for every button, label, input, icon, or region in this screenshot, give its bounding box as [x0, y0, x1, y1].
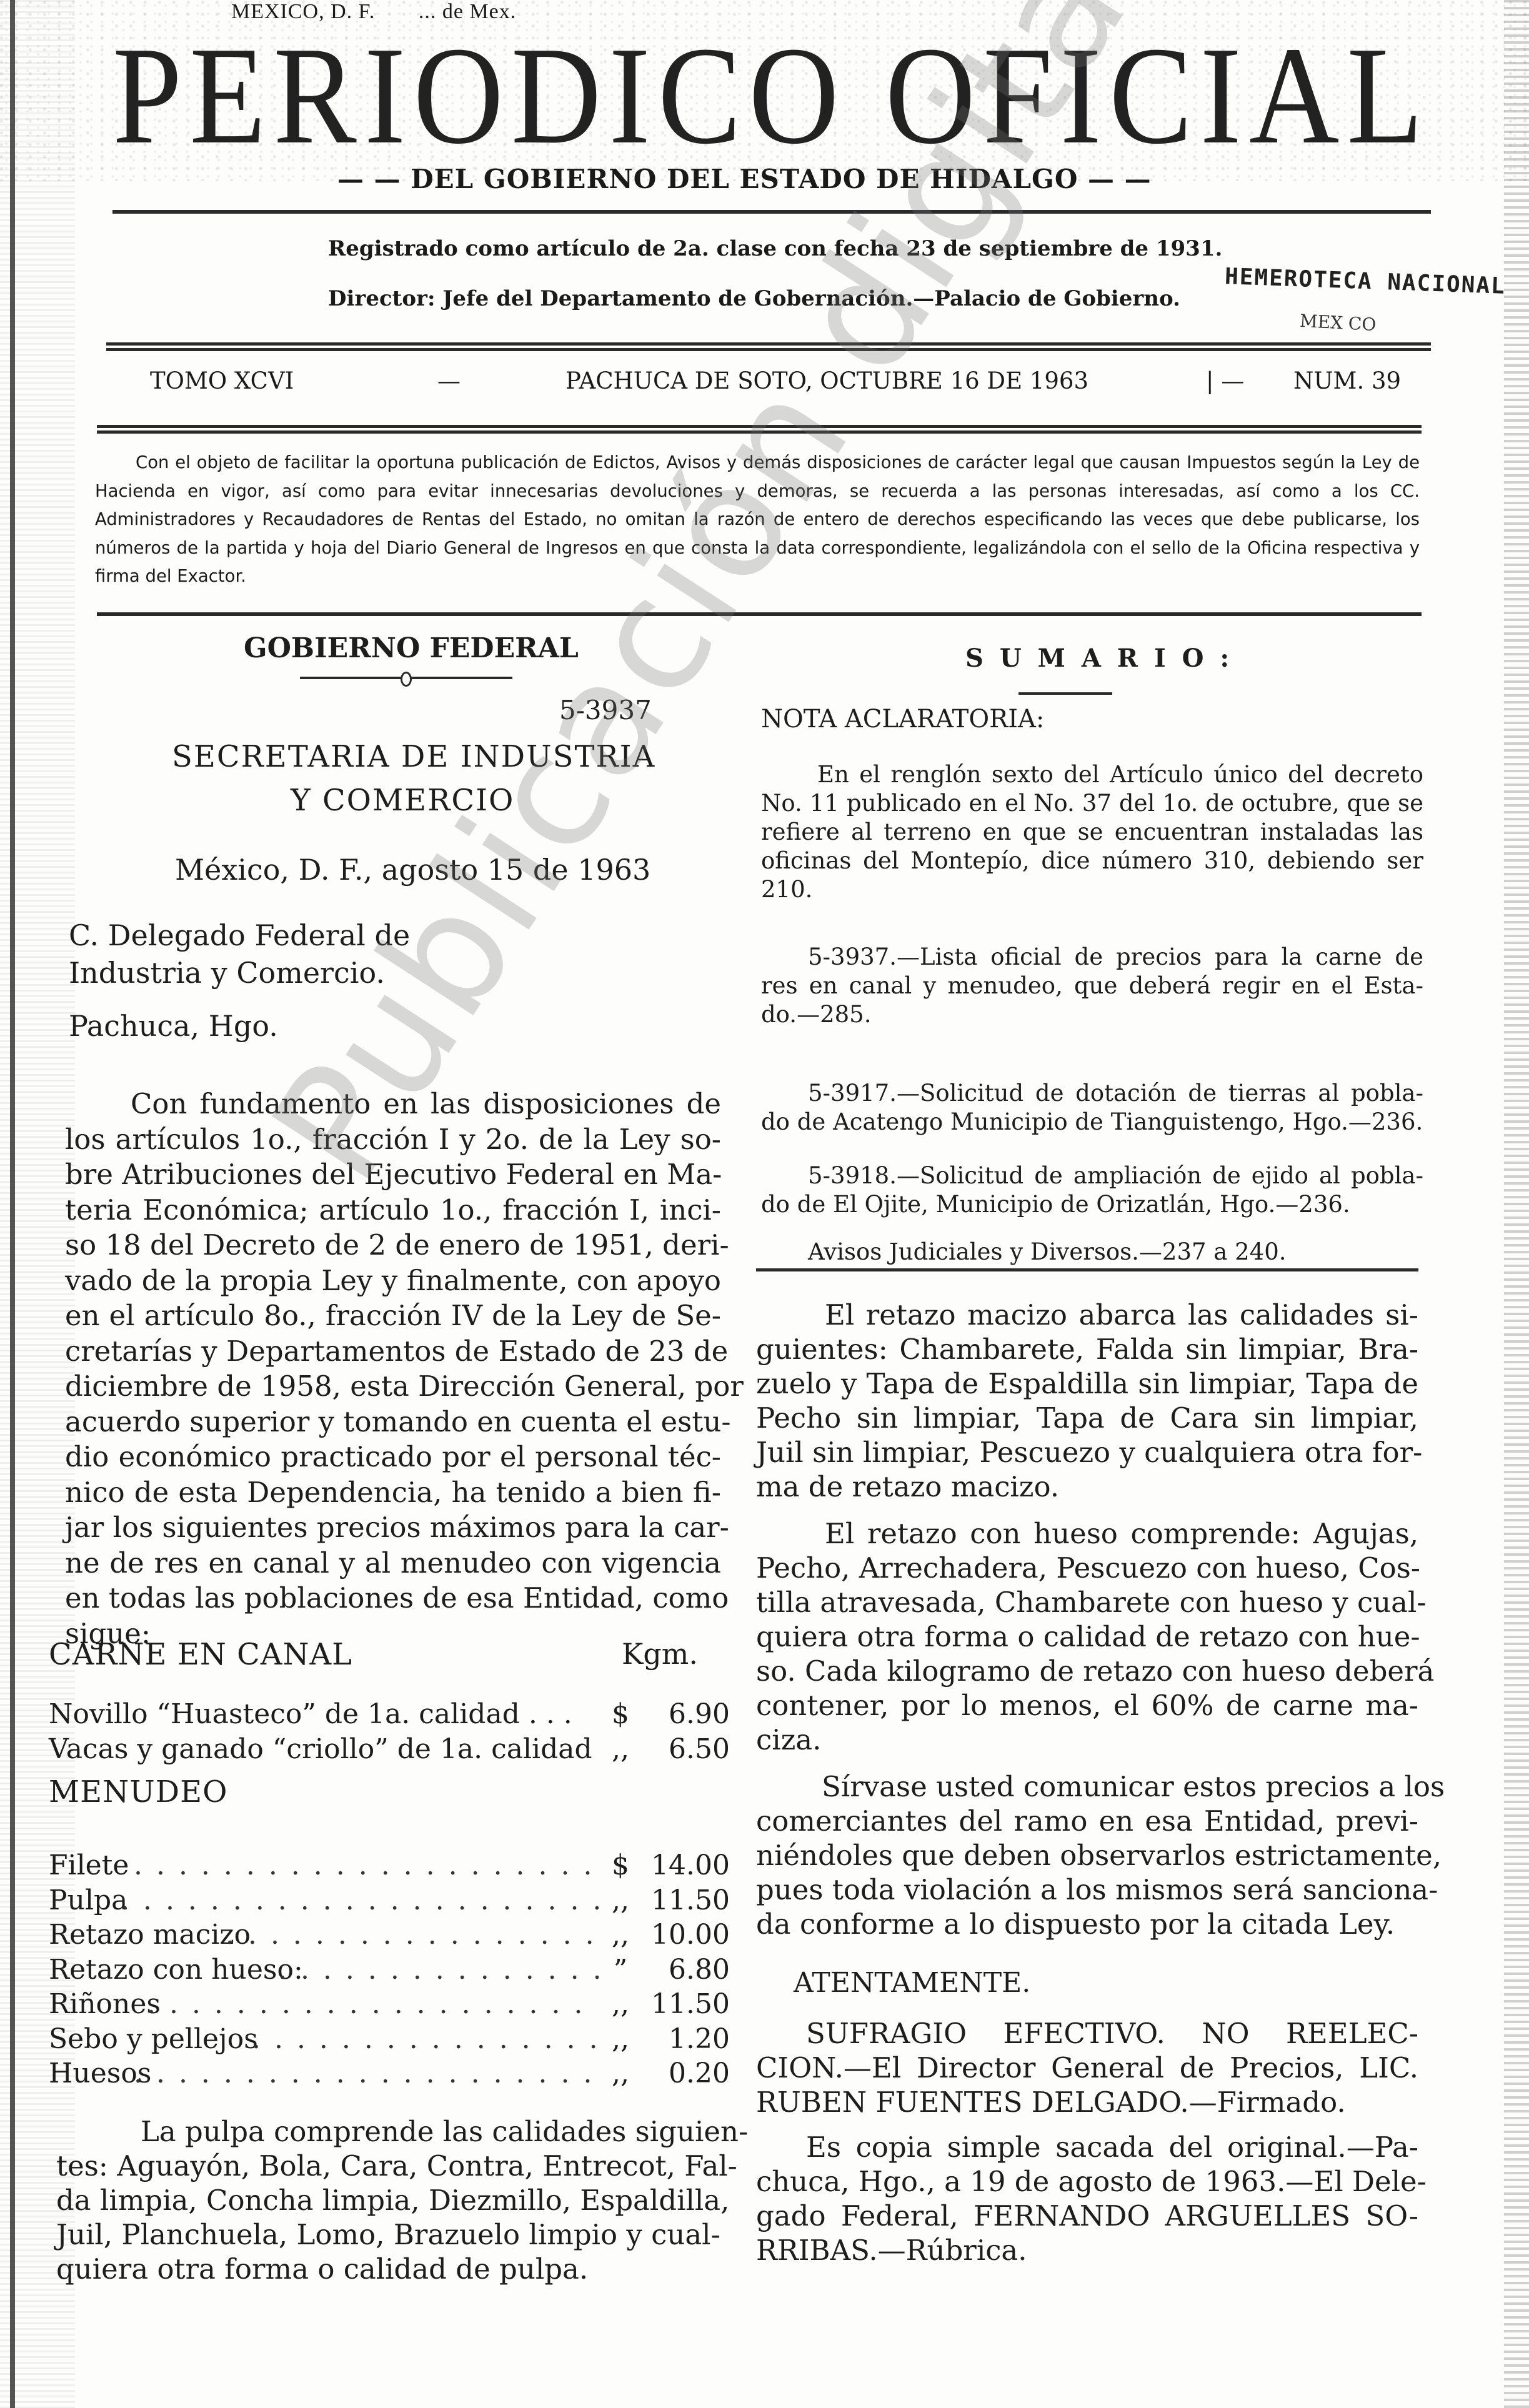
macizo-line: zuelo y Tapa de Espaldilla sin limpiar, … [756, 1367, 1418, 1400]
price-currency: $ [605, 1849, 636, 1881]
copy-line: RRIBAS.—Rúbrica. [756, 2234, 1027, 2267]
price-value: 11.50 [651, 1988, 730, 2020]
binding-rule [10, 0, 15, 2408]
macizo-line: El retazo macizo abarca las calidades si… [825, 1298, 1418, 1331]
hueso-line: Pecho, Arrechadera, Pescuezo con hueso, … [756, 1551, 1418, 1585]
summary-line: do de Acatengo Municipio de Tianguisteng… [761, 1108, 1423, 1135]
price-value: 0.20 [669, 2057, 730, 2089]
letter-body-line: acuerdo superior y tomando en cuenta el … [65, 1405, 721, 1438]
masthead-rule [112, 210, 1431, 214]
price-value: 6.80 [669, 1954, 730, 1986]
nota-line: En el renglón sexto del Artículo único d… [817, 761, 1423, 788]
price-currency: ,, [605, 1988, 636, 2020]
addressee-line-2: Industria y Comercio. [69, 956, 385, 990]
hueso-line: contener, por lo menos, el 60% de carne … [756, 1689, 1418, 1722]
price-row: Riñones. . . . . . . . . . . . . . . . .… [49, 1988, 730, 2023]
summary-line: 5-3937.—Lista oficial de precios para la… [808, 943, 1423, 970]
letter-body-line: Con fundamento en las disposiciones de [131, 1087, 721, 1120]
price-value: 11.50 [651, 1884, 730, 1916]
nota-line: No. 11 publicado en el No. 37 del 1o. de… [761, 790, 1423, 817]
price-currency: ,, [605, 1884, 636, 1916]
letter-body-line: so 18 del Decreto de 2 de enero de 1951,… [65, 1228, 721, 1261]
summary-line: do.—285. [761, 1001, 871, 1028]
summary-line: 5-3917.—Solicitud de dotación de tierras… [808, 1080, 1423, 1107]
instruction-line: da conforme a lo dispuesto por la citada… [756, 1908, 1395, 1941]
macizo-line: Pecho sin limpiar, Tapa de Cara sin limp… [756, 1401, 1418, 1435]
price-item-name: Retazo macizo [49, 1919, 251, 1951]
leader-dots: . . . . . . . . . . . . . . . . . . . . … [121, 1884, 599, 1916]
instruction-line: comerciantes del ramo en esa Entidad, pr… [756, 1804, 1418, 1838]
issue-number: NUM. 39 [1293, 367, 1401, 394]
letter-body-line: cretarías y Departamentos de Estado de 2… [65, 1335, 721, 1368]
nota-line: oficinas del Montepío, dice número 310, … [761, 847, 1423, 874]
letter-body-line: los artículos 1o., fracción I y 2o. de l… [65, 1123, 721, 1156]
place-date: PACHUCA DE SOTO, OCTUBRE 16 DE 1963 [565, 367, 1088, 394]
price-row: Pulpa. . . . . . . . . . . . . . . . . .… [49, 1884, 730, 1919]
pulpa-line: da limpia, Concha limpia, Diezmillo, Esp… [56, 2184, 719, 2217]
price-row: Huesos. . . . . . . . . . . . . . . . . … [49, 2057, 730, 2092]
archive-stamp: HEMEROTECA NACIONAL [1224, 264, 1506, 299]
nota-line: refiere al terreno en que se encuentran … [761, 818, 1423, 845]
price-item-name: Vacas y ganado “criollo” de 1a. calidad [49, 1733, 592, 1765]
copy-line: Es copia simple sacada del original.—Pa- [806, 2131, 1418, 2164]
letter-body-line: en todas las poblaciones de esa Entidad,… [65, 1581, 721, 1614]
letter-body-line: teria Económica; artículo 1o., fracción … [65, 1193, 721, 1226]
archive-stamp-sub: MEX CO [1299, 311, 1377, 335]
pulpa-line: La pulpa comprende las calidades siguien… [141, 2115, 719, 2148]
registration-line: Registrado como artículo de 2a. clase co… [328, 236, 1222, 261]
pulpa-line: Juil, Planchuela, Lomo, Brazuelo limpio … [56, 2218, 719, 2251]
price-currency: ,, [605, 2057, 636, 2089]
summary-line: Avisos Judiciales y Diversos.—237 a 240. [808, 1238, 1287, 1265]
hueso-line: tilla atravesada, Chambarete con hueso y… [756, 1586, 1418, 1619]
menudeo-heading: MENUDEO [49, 1774, 228, 1809]
legal-notice: Con el objeto de facilitar la oportuna p… [95, 449, 1420, 591]
price-item-name: Riñones [49, 1988, 161, 2020]
macizo-line: ma de retazo macizo. [756, 1470, 1059, 1503]
price-item-name: Filete [49, 1849, 129, 1881]
nota-heading: NOTA ACLARATORIA: [761, 705, 1044, 734]
leader-dots: . . . . . . . . . . . . . . . . . . . . … [252, 2023, 599, 2055]
volume-label: TOMO XCVI [150, 367, 294, 394]
price-currency: ,, [605, 1733, 636, 1765]
scan-edge-right [1504, 0, 1529, 2408]
price-row: Retazo con hueso:. . . . . . . . . . . .… [49, 1954, 730, 1989]
copy-line: chuca, Hgo., a 19 de agosto de 1963.—El … [756, 2165, 1418, 2198]
summary-line: res en canal y menudeo, que deberá regir… [761, 972, 1423, 999]
signature-line: SUFRAGIO EFECTIVO. NO REELEC- [806, 2017, 1418, 2050]
instruction-line: niéndoles que deben observarlos estricta… [756, 1839, 1418, 1872]
masthead-subtitle: — — DEL GOBIERNO DEL ESTADO DE HIDALGO —… [337, 164, 1152, 194]
price-item-name: Pulpa [49, 1884, 127, 1916]
director-line: Director: Jefe del Departamento de Gober… [328, 286, 1180, 311]
summary-line: do de El Ojite, Municipio de Orizatlán, … [761, 1191, 1350, 1218]
issue-line: TOMO XCVI — PACHUCA DE SOTO, OCTUBRE 16 … [150, 367, 1418, 399]
price-value: 14.00 [651, 1849, 730, 1881]
summary-heading: S U M A R I O : [965, 644, 1233, 673]
price-row: Vacas y ganado “criollo” de 1a. calidad,… [49, 1733, 730, 1768]
macizo-line: Juil sin limpiar, Pescuezo y cualquiera … [756, 1436, 1418, 1469]
closing-line: ATENTAMENTE. [794, 1967, 1030, 1999]
leader-dots: . . . . . . . . . . . . . . . . . . . . … [134, 1849, 599, 1881]
section-heading: GOBIERNO FEDERAL [244, 632, 579, 664]
letter-body-line: vado de la propia Ley y finalmente, con … [65, 1264, 721, 1297]
macizo-line: guientes: Chambarete, Falda sin limpiar,… [756, 1333, 1418, 1366]
letter-body-line: jar los siguientes precios máximos para … [65, 1511, 721, 1544]
notice-rule [97, 612, 1422, 616]
addressee-line-1: C. Delegado Federal de [69, 918, 410, 952]
document-number: 5-3937 [559, 695, 652, 725]
letter-body-line: bre Atribuciones del Ejecutivo Federal e… [65, 1158, 721, 1191]
unit-heading: Kgm. [622, 1637, 698, 1671]
price-item-name: Retazo con hueso: [49, 1954, 303, 1986]
instruction-line: pues toda violación a los mismos será sa… [756, 1873, 1418, 1906]
summary-line: 5-3918.—Solicitud de ampliación de ejido… [808, 1162, 1423, 1189]
price-row: Filete. . . . . . . . . . . . . . . . . … [49, 1849, 730, 1884]
issue-rule-bottom [97, 425, 1422, 434]
issue-rule-top [106, 342, 1431, 351]
letter-body-line: dio económico practicado por el personal… [65, 1440, 721, 1473]
price-value: 6.50 [669, 1733, 730, 1765]
price-currency: ,, [605, 2023, 636, 2055]
leader-dots: . . . . . . . . . . . . . . . . . . . . … [226, 1919, 599, 1951]
nota-line: 210. [761, 876, 812, 903]
letter-body-line: nico de esta Dependencia, ha tenido a bi… [65, 1476, 721, 1509]
agency-line-2: Y COMERCIO [291, 783, 514, 818]
instruction-line: Sírvase usted comunicar estos precios a … [822, 1770, 1418, 1803]
leader-dots: . . . . . . . . . . . . . . . . . . . . … [147, 1988, 599, 2020]
price-value: 10.00 [651, 1919, 730, 1951]
copy-line: gado Federal, FERNANDO ARGUELLES SO- [756, 2199, 1418, 2232]
price-currency: $ [605, 1698, 636, 1730]
letter-body-line: en el artículo 8o., fracción IV de la Le… [65, 1299, 721, 1332]
letter-body-line: diciembre de 1958, esta Dirección Genera… [65, 1370, 721, 1403]
newspaper-page: MEXICO, D. F. ... de Mex. PERIODICO OFIC… [0, 0, 1529, 2408]
canal-heading: CARNE EN CANAL [49, 1637, 352, 1672]
agency-line-1: SECRETARIA DE INDUSTRIA [172, 739, 655, 774]
hueso-line: El retazo con hueso comprende: Agujas, [825, 1517, 1418, 1550]
masthead-title: PERIODICO OFICIAL [112, 26, 1431, 166]
hueso-line: so. Cada kilogramo de retazo con hueso d… [756, 1654, 1418, 1688]
section-ornament [300, 677, 512, 679]
price-currency: ” [605, 1954, 636, 1986]
price-item-name: Sebo y pellejos [49, 2023, 258, 2055]
letter-body-line: ne de res en canal y al menudeo con vige… [65, 1546, 721, 1580]
price-value: 6.90 [669, 1698, 730, 1730]
hueso-line: quiera otra forma o calidad de retazo co… [756, 1620, 1418, 1653]
signature-line: RUBEN FUENTES DELGADO.—Firmado. [756, 2086, 1346, 2119]
summary-rule [1019, 692, 1112, 695]
price-row: Sebo y pellejos. . . . . . . . . . . . .… [49, 2023, 730, 2058]
ornament-knob [401, 672, 412, 687]
addressee-line-3: Pachuca, Hgo. [69, 1009, 278, 1043]
hueso-line: ciza. [756, 1723, 821, 1756]
signature-line: CION.—El Director General de Precios, LI… [756, 2051, 1418, 2084]
leader-dots: . . . . . . . . . . . . . . . . . . . . … [134, 2057, 599, 2089]
letter-date: México, D. F., agosto 15 de 1963 [175, 853, 650, 887]
price-row: Novillo “Huasteco” de 1a. calidad . . .$… [49, 1698, 730, 1733]
summary-end-rule [756, 1268, 1418, 1271]
price-value: 1.20 [669, 2023, 730, 2055]
price-item-name: Novillo “Huasteco” de 1a. calidad . . . [49, 1698, 572, 1730]
issue-separator: — [437, 367, 461, 394]
issue-separator-2: | — [1206, 367, 1244, 394]
pulpa-line: tes: Aguayón, Bola, Cara, Contra, Entrec… [56, 2149, 719, 2182]
leader-dots: . . . . . . . . . . . . . . . . . . . . … [278, 1954, 599, 1986]
price-row: Retazo macizo. . . . . . . . . . . . . .… [49, 1919, 730, 1954]
price-currency: ,, [605, 1919, 636, 1951]
pulpa-line: quiera otra forma o calidad de pulpa. [56, 2252, 588, 2286]
